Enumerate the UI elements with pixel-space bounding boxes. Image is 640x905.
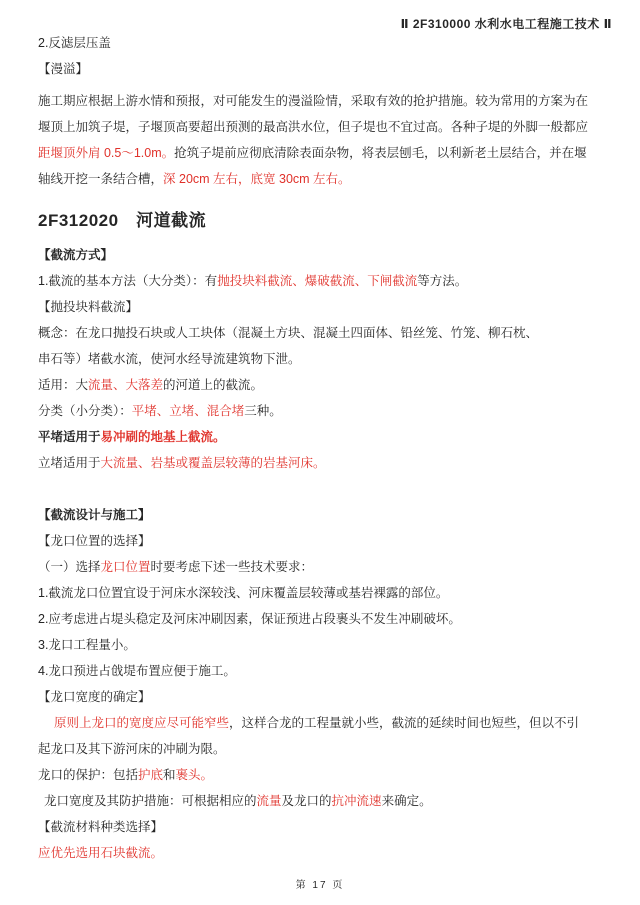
text-line: 【抛投块料截流】 (38, 294, 620, 320)
highlighted-text: 应优先选用石块截流。 (38, 846, 163, 860)
body-text: 三种。 (244, 404, 282, 418)
page-footer: 第 17 页 (0, 876, 640, 891)
highlighted-text: 易冲刷的地基上截流。 (101, 430, 226, 444)
text-line: 起龙口及其下游河床的冲刷为限。 (38, 736, 620, 762)
text-line: 距堰顶外肩 0.5～1.0m。抢筑子堤前应彻底清除表面杂物，将表层刨毛，以利新老… (38, 140, 620, 166)
body-text: 等方法。 (417, 274, 467, 288)
text-line: 【漫溢】 (38, 56, 620, 82)
body-text: 平堵适用于 (38, 430, 101, 444)
body-text: 3.龙口工程量小。 (38, 638, 136, 652)
text-line: 立堵适用于大流量、岩基或覆盖层较薄的岩基河床。 (38, 450, 620, 476)
text-line: 4.龙口预进占戗堤布置应便于施工。 (38, 658, 620, 684)
body-text: 串石等）堵截水流，使河水经导流建筑物下泄。 (38, 352, 301, 366)
body-text: 适用：大 (38, 378, 88, 392)
text-line: 【截流方式】 (38, 242, 620, 268)
text-line: 概念：在龙口抛投石块或人工块体（混凝土方块、混凝土四面体、铅丝笼、竹笼、柳石枕、 (38, 320, 620, 346)
highlighted-text: 流量 (257, 794, 282, 808)
text-line: 【截流材料种类选择】 (38, 814, 620, 840)
text-line: 串石等）堵截水流，使河水经导流建筑物下泄。 (38, 346, 620, 372)
highlighted-text: 护底 (138, 768, 163, 782)
body-text: 龙口宽度及其防护措施：可根据相应的 (44, 794, 257, 808)
text-line: （一）选择龙口位置时要考虑下述一些技术要求： (38, 554, 620, 580)
body-text: 概念：在龙口抛投石块或人工块体（混凝土方块、混凝土四面体、铅丝笼、竹笼、柳石枕、 (38, 326, 538, 340)
body-text: 抢筑子堤前应彻底清除表面杂物，将表层刨毛，以利新老土层结合，并在堰 (174, 146, 587, 160)
body-text: 【抛投块料截流】 (38, 300, 138, 314)
body-text: 【截流设计与施工】 (38, 508, 151, 522)
text-line: 轴线开挖一条结合槽，深 20cm 左右，底宽 30cm 左右。 (38, 166, 620, 192)
section-heading: 2F312020 河道截流 (38, 206, 620, 236)
text-line: 平堵适用于易冲刷的地基上截流。 (38, 424, 620, 450)
highlighted-text: 流量、大落差 (88, 378, 163, 392)
highlighted-text: 深 20cm 左右，底宽 30cm 左右。 (163, 172, 351, 186)
highlighted-text: 龙口位置 (101, 560, 151, 574)
text-line: 应优先选用石块截流。 (38, 840, 620, 866)
body-text: 的河道上的截流。 (163, 378, 263, 392)
text-line: 【龙口位置的选择】 (38, 528, 620, 554)
body-text: 1.截流的基本方法（大分类）：有 (38, 274, 217, 288)
highlighted-text: 裹头。 (176, 768, 214, 782)
body-text: 起龙口及其下游河床的冲刷为限。 (38, 742, 226, 756)
text-line: 【截流设计与施工】 (38, 502, 620, 528)
body-text: 2.应考虑进占堤头稳定及河床冲刷因素，保证预进占段裹头不发生冲刷破坏。 (38, 612, 461, 626)
text-line: 分类（小分类）：平堵、立堵、混合堵三种。 (38, 398, 620, 424)
body-text: 堰顶上加筑子堤，子堰顶高要超出预测的最高洪水位，但子堤也不宜过高。各种子堤的外脚… (38, 120, 588, 134)
body-text: 【漫溢】 (38, 62, 88, 76)
body-text: （一）选择 (38, 560, 101, 574)
highlighted-text: 大流量、岩基或覆盖层较薄的岩基河床。 (101, 456, 326, 470)
body-text: 2.反滤层压盖 (38, 36, 111, 50)
text-line: 2.反滤层压盖 (38, 30, 620, 56)
highlighted-text: 抛投块料截流、爆破截流、下闸截流 (217, 274, 417, 288)
body-text: 时要考虑下述一些技术要求： (151, 560, 314, 574)
body-text: 1.截流龙口位置宜设于河床水深较浅、河床覆盖层较薄或基岩裸露的部位。 (38, 586, 448, 600)
text-line: 3.龙口工程量小。 (38, 632, 620, 658)
text-line: 原则上龙口的宽度应尽可能窄些，这样合龙的工程量就小些，截流的延续时间也短些，但以… (38, 710, 620, 736)
text-line: 1.截流的基本方法（大分类）：有抛投块料截流、爆破截流、下闸截流等方法。 (38, 268, 620, 294)
body-text: 【龙口宽度的确定】 (38, 690, 151, 704)
body-text: 【截流材料种类选择】 (38, 820, 163, 834)
document-page: Ⅱ 2F310000 水利水电工程施工技术 Ⅱ 2.反滤层压盖【漫溢】施工期应根… (0, 0, 640, 905)
highlighted-text: 距堰顶外肩 0.5～1.0m。 (38, 146, 174, 160)
text-line: 适用：大流量、大落差的河道上的截流。 (38, 372, 620, 398)
body-text: 【截流方式】 (38, 248, 113, 262)
text-line: 【龙口宽度的确定】 (38, 684, 620, 710)
body-text: 分类（小分类）： (38, 404, 132, 418)
body-text: 龙口的保护：包括 (38, 768, 138, 782)
body-text: 及龙口的 (282, 794, 332, 808)
highlighted-text: 抗冲流速 (332, 794, 382, 808)
text-line: 施工期应根据上游水情和预报，对可能发生的漫溢险情，采取有效的抢护措施。较为常用的… (38, 88, 620, 114)
body-text: 2F312020 河道截流 (38, 211, 206, 230)
body-text: 施工期应根据上游水情和预报，对可能发生的漫溢险情，采取有效的抢护措施。较为常用的… (38, 94, 588, 108)
body-text: 立堵适用于 (38, 456, 101, 470)
body-text: 4.龙口预进占戗堤布置应便于施工。 (38, 664, 236, 678)
text-line: 堰顶上加筑子堤，子堰顶高要超出预测的最高洪水位，但子堤也不宜过高。各种子堤的外脚… (38, 114, 620, 140)
body-text: 来确定。 (382, 794, 432, 808)
text-line: 龙口的保护：包括护底和裹头。 (38, 762, 620, 788)
body-text: 【龙口位置的选择】 (38, 534, 151, 548)
highlighted-text: 平堵、立堵、混合堵 (132, 404, 245, 418)
body-text: ，这样合龙的工程量就小些，截流的延续时间也短些，但以不引 (229, 716, 579, 730)
text-line: 龙口宽度及其防护措施：可根据相应的流量及龙口的抗冲流速来确定。 (38, 788, 620, 814)
body-text: 轴线开挖一条结合槽， (38, 172, 163, 186)
text-line: 2.应考虑进占堤头稳定及河床冲刷因素，保证预进占段裹头不发生冲刷破坏。 (38, 606, 620, 632)
document-content: 2.反滤层压盖【漫溢】施工期应根据上游水情和预报，对可能发生的漫溢险情，采取有效… (38, 30, 620, 866)
text-line: 1.截流龙口位置宜设于河床水深较浅、河床覆盖层较薄或基岩裸露的部位。 (38, 580, 620, 606)
body-text: 和 (163, 768, 176, 782)
highlighted-text: 原则上龙口的宽度应尽可能窄些 (54, 716, 229, 730)
